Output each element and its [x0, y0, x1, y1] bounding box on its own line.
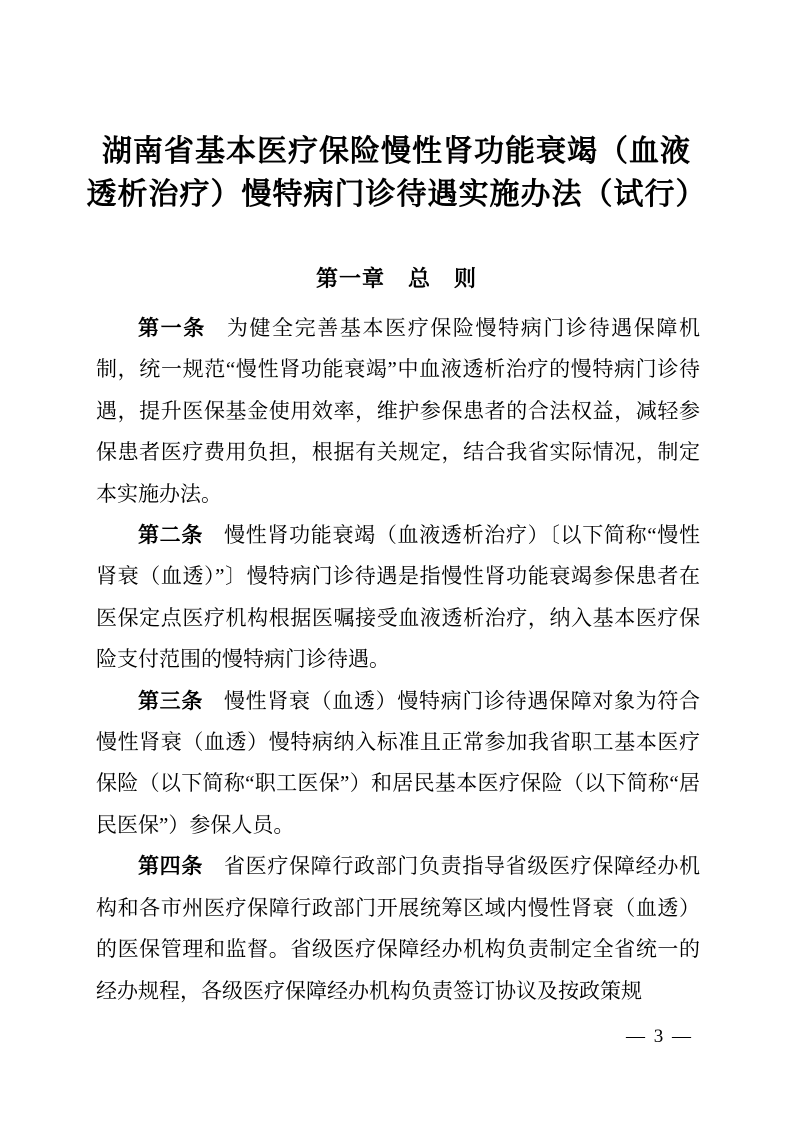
chapter-heading: 第一章 总 则: [0, 265, 793, 292]
article-paragraph: 第三条慢性肾衰（血透）慢特病门诊待遇保障对象为符合慢性肾衰（血透）慢特病纳入标准…: [96, 681, 700, 847]
article-number: 第二条: [138, 523, 203, 547]
article-paragraph: 第四条省医疗保障行政部门负责指导省级医疗保障经办机构和各市州医疗保障行政部门开展…: [96, 846, 700, 1012]
article-paragraph: 第二条慢性肾功能衰竭（血液透析治疗）〔以下简称“慢性肾衰（血透）”〕慢特病门诊待…: [96, 515, 700, 681]
article-number: 第一条: [138, 316, 206, 340]
article-number: 第三条: [138, 689, 203, 713]
document-title-line-1: 湖南省基本医疗保险慢性肾功能衰竭（血液: [0, 130, 793, 173]
document-body: 第一条为健全完善基本医疗保险慢特病门诊待遇保障机制，统一规范“慢性肾功能衰竭”中…: [96, 308, 700, 1012]
article-text: 为健全完善基本医疗保险慢特病门诊待遇保障机制，统一规范“慢性肾功能衰竭”中血液透…: [96, 316, 700, 506]
document-title-line-2: 透析治疗）慢特病门诊待遇实施办法（试行）: [0, 173, 793, 216]
document-title: 湖南省基本医疗保险慢性肾功能衰竭（血液 透析治疗）慢特病门诊待遇实施办法（试行）: [0, 0, 793, 216]
document-page: 湖南省基本医疗保险慢性肾功能衰竭（血液 透析治疗）慢特病门诊待遇实施办法（试行）…: [0, 0, 793, 1122]
page-number: — 3 —: [626, 1026, 693, 1048]
article-number: 第四条: [138, 854, 203, 878]
article-paragraph: 第一条为健全完善基本医疗保险慢特病门诊待遇保障机制，统一规范“慢性肾功能衰竭”中…: [96, 308, 700, 515]
